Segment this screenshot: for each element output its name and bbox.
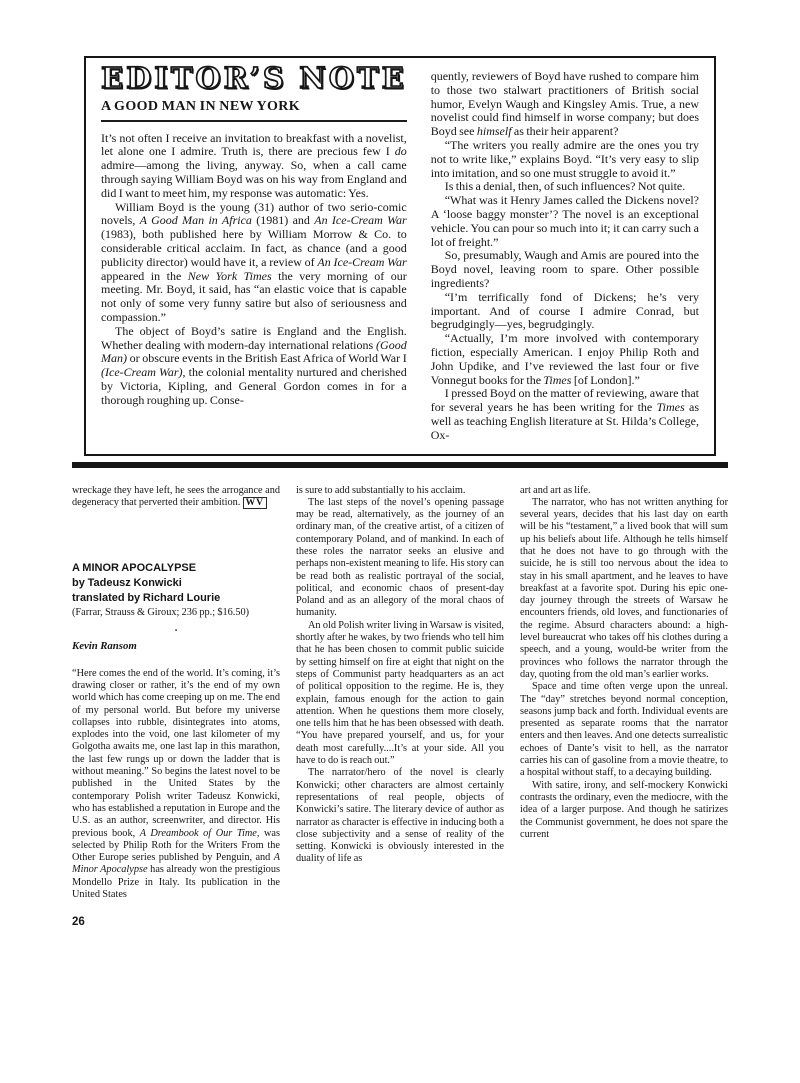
paragraph: Space and time often verge upon the unre… <box>520 681 728 779</box>
editors-note-right-column: quently, reviewers of Boyd have rushed t… <box>431 70 699 443</box>
paragraph: quently, reviewers of Boyd have rushed t… <box>431 70 699 139</box>
book-title: A MINOR APOCALYPSE <box>72 561 280 576</box>
reviewer-byline: Kevin Ransom <box>72 640 280 652</box>
paragraph: The narrator, who has not written anythi… <box>520 497 728 681</box>
editors-note-box: EDITOR’S NOTE A GOOD MAN IN NEW YORK It’… <box>84 56 716 456</box>
wv-endmark: WV <box>243 497 267 509</box>
paragraph: An old Polish writer living in Warsaw is… <box>296 620 504 768</box>
paragraph: It’s not often I receive an invitation t… <box>101 132 407 201</box>
paragraph: “Here comes the end of the world. It’s c… <box>72 668 280 902</box>
paragraph: The last steps of the novel’s opening pa… <box>296 497 504 620</box>
book-author: by Tadeusz Konwicki <box>72 576 280 591</box>
review-left-column: wreckage they have left, he sees the arr… <box>72 485 280 929</box>
continued-paragraph: wreckage they have left, he sees the arr… <box>72 485 280 510</box>
paragraph: “Actually, I’m more involved with contem… <box>431 332 699 387</box>
editors-note-header: EDITOR’S NOTE <box>101 72 407 86</box>
paragraph: art and art as life. <box>520 485 728 497</box>
section-divider-bar <box>72 462 728 468</box>
paragraph: I pressed Boyd on the matter of reviewin… <box>431 387 699 442</box>
paragraph: Is this a denial, then, of such influenc… <box>431 180 699 194</box>
review-section: wreckage they have left, he sees the arr… <box>72 485 728 929</box>
paragraph: So, presumably, Waugh and Amis are poure… <box>431 249 699 290</box>
magazine-page: EDITOR’S NOTE A GOOD MAN IN NEW YORK It’… <box>0 0 800 929</box>
paragraph: With satire, irony, and self-mockery Kon… <box>520 780 728 841</box>
book-heading: A MINOR APOCALYPSE by Tadeusz Konwicki t… <box>72 561 280 606</box>
book-publisher: (Farrar, Strauss & Giroux; 236 pp.; $16.… <box>72 607 280 619</box>
paragraph: “I’m terrifically fond of Dickens; he’s … <box>431 291 699 332</box>
paragraph: The object of Boyd’s satire is England a… <box>101 325 407 408</box>
review-right-column: art and art as life.The narrator, who ha… <box>520 485 728 929</box>
editors-note-left-text: It’s not often I receive an invitation t… <box>101 132 407 408</box>
stray-mark: . <box>72 624 280 633</box>
paragraph: “What was it Henry James called the Dick… <box>431 194 699 249</box>
editors-note-right-text: quently, reviewers of Boyd have rushed t… <box>431 70 699 443</box>
paragraph: “The writers you really admire are the o… <box>431 139 699 180</box>
paragraph: The narrator/hero of the novel is clearl… <box>296 767 504 865</box>
review-middle-text: is sure to add substantially to his accl… <box>296 485 504 866</box>
paragraph: is sure to add substantially to his accl… <box>296 485 504 497</box>
book-translator: translated by Richard Lourie <box>72 591 280 606</box>
article-title: A GOOD MAN IN NEW YORK <box>101 100 407 122</box>
paragraph: William Boyd is the young (31) author of… <box>101 201 407 325</box>
editors-note-left-column: EDITOR’S NOTE A GOOD MAN IN NEW YORK It’… <box>101 70 407 443</box>
page-number: 26 <box>72 916 280 928</box>
review-right-text: art and art as life.The narrator, who ha… <box>520 485 728 842</box>
review-left-text: “Here comes the end of the world. It’s c… <box>72 668 280 902</box>
review-middle-column: is sure to add substantially to his accl… <box>296 485 504 929</box>
